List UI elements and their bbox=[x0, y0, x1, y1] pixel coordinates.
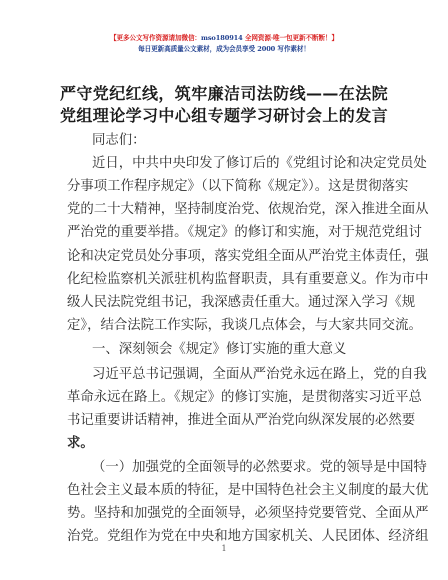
text-line: 党的二十大精神，坚持制度治党、依规治党，深入推进全面从 bbox=[67, 202, 383, 218]
text-line: 求。 bbox=[67, 435, 383, 451]
text-line: 严治党的重要举措。《规定》的修订和实施，对于规范党组讨 bbox=[67, 225, 383, 241]
text-line: 级人民法院党组书记，我深感责任重大。通过深入学习《规 bbox=[67, 295, 383, 311]
text-line: 化纪检监察机关派驻机构监督职责，具有重要意义。作为市中 bbox=[67, 272, 383, 288]
promo-text-b: 全网资源·唯一包更新不断断！】 bbox=[243, 34, 338, 42]
promo-wechat-id: mso180914 bbox=[201, 34, 243, 42]
section-heading-1: 一、深刻领会《规定》修订实施的重大意义 bbox=[92, 342, 383, 358]
text-line: 治党。党组作为党在中央和地方国家机关、人民团体、经济组 bbox=[67, 529, 383, 545]
text-line: 定》，结合法院工作实际，我谈几点体会，与大家共同交流。 bbox=[67, 318, 383, 334]
promo-line-1: 【更多公文写作资源请加微信：mso180914 全网资源·唯一包更新不断断！】 bbox=[0, 32, 448, 42]
text-line: 近日，中共中央印发了修订后的《党组讨论和决定党员处 bbox=[92, 156, 383, 172]
text-line: 势。坚持和加强党的全面领导，必须坚持党要管党、全面从严 bbox=[67, 506, 383, 522]
promo-line-2: 每日更新高质量公文素材，成为会员享受 2000 写作素材！ bbox=[0, 43, 448, 53]
salutation: 同志们： bbox=[92, 133, 383, 149]
text-line: 色社会主义最本质的特征，是中国特色社会主义制度的最大优 bbox=[67, 483, 383, 499]
promo-text-a: 【更多公文写作资源请加微信： bbox=[110, 34, 201, 42]
text-line: 论和决定党员处分事项，落实党组全面从严治党主体责任，强 bbox=[67, 249, 383, 265]
text-line: 书记重要讲话精神，推进全面从严治党向纵深发展的必然要 bbox=[67, 413, 383, 429]
subsection-paragraph: （一）加强党的全面领导的必然要求。党的领导是中国特 bbox=[92, 460, 383, 476]
text-line: 革命永远在路上。《规定》的修订实施，是贯彻落实习近平总 bbox=[67, 390, 383, 406]
page-number: 1 bbox=[0, 544, 448, 553]
document-title-line-1: 严守党纪红线，筑牢廉洁司法防线——在法院 bbox=[60, 81, 388, 104]
text-line: 习近平总书记强调，全面从严治党永远在路上，党的自我 bbox=[92, 367, 383, 383]
text-line: 分事项工作程序规定》（以下简称《规定》）。这是贯彻落实 bbox=[67, 179, 383, 195]
document-title-line-2: 党组理论学习中心组专题学习研讨会上的发言 bbox=[60, 103, 388, 126]
